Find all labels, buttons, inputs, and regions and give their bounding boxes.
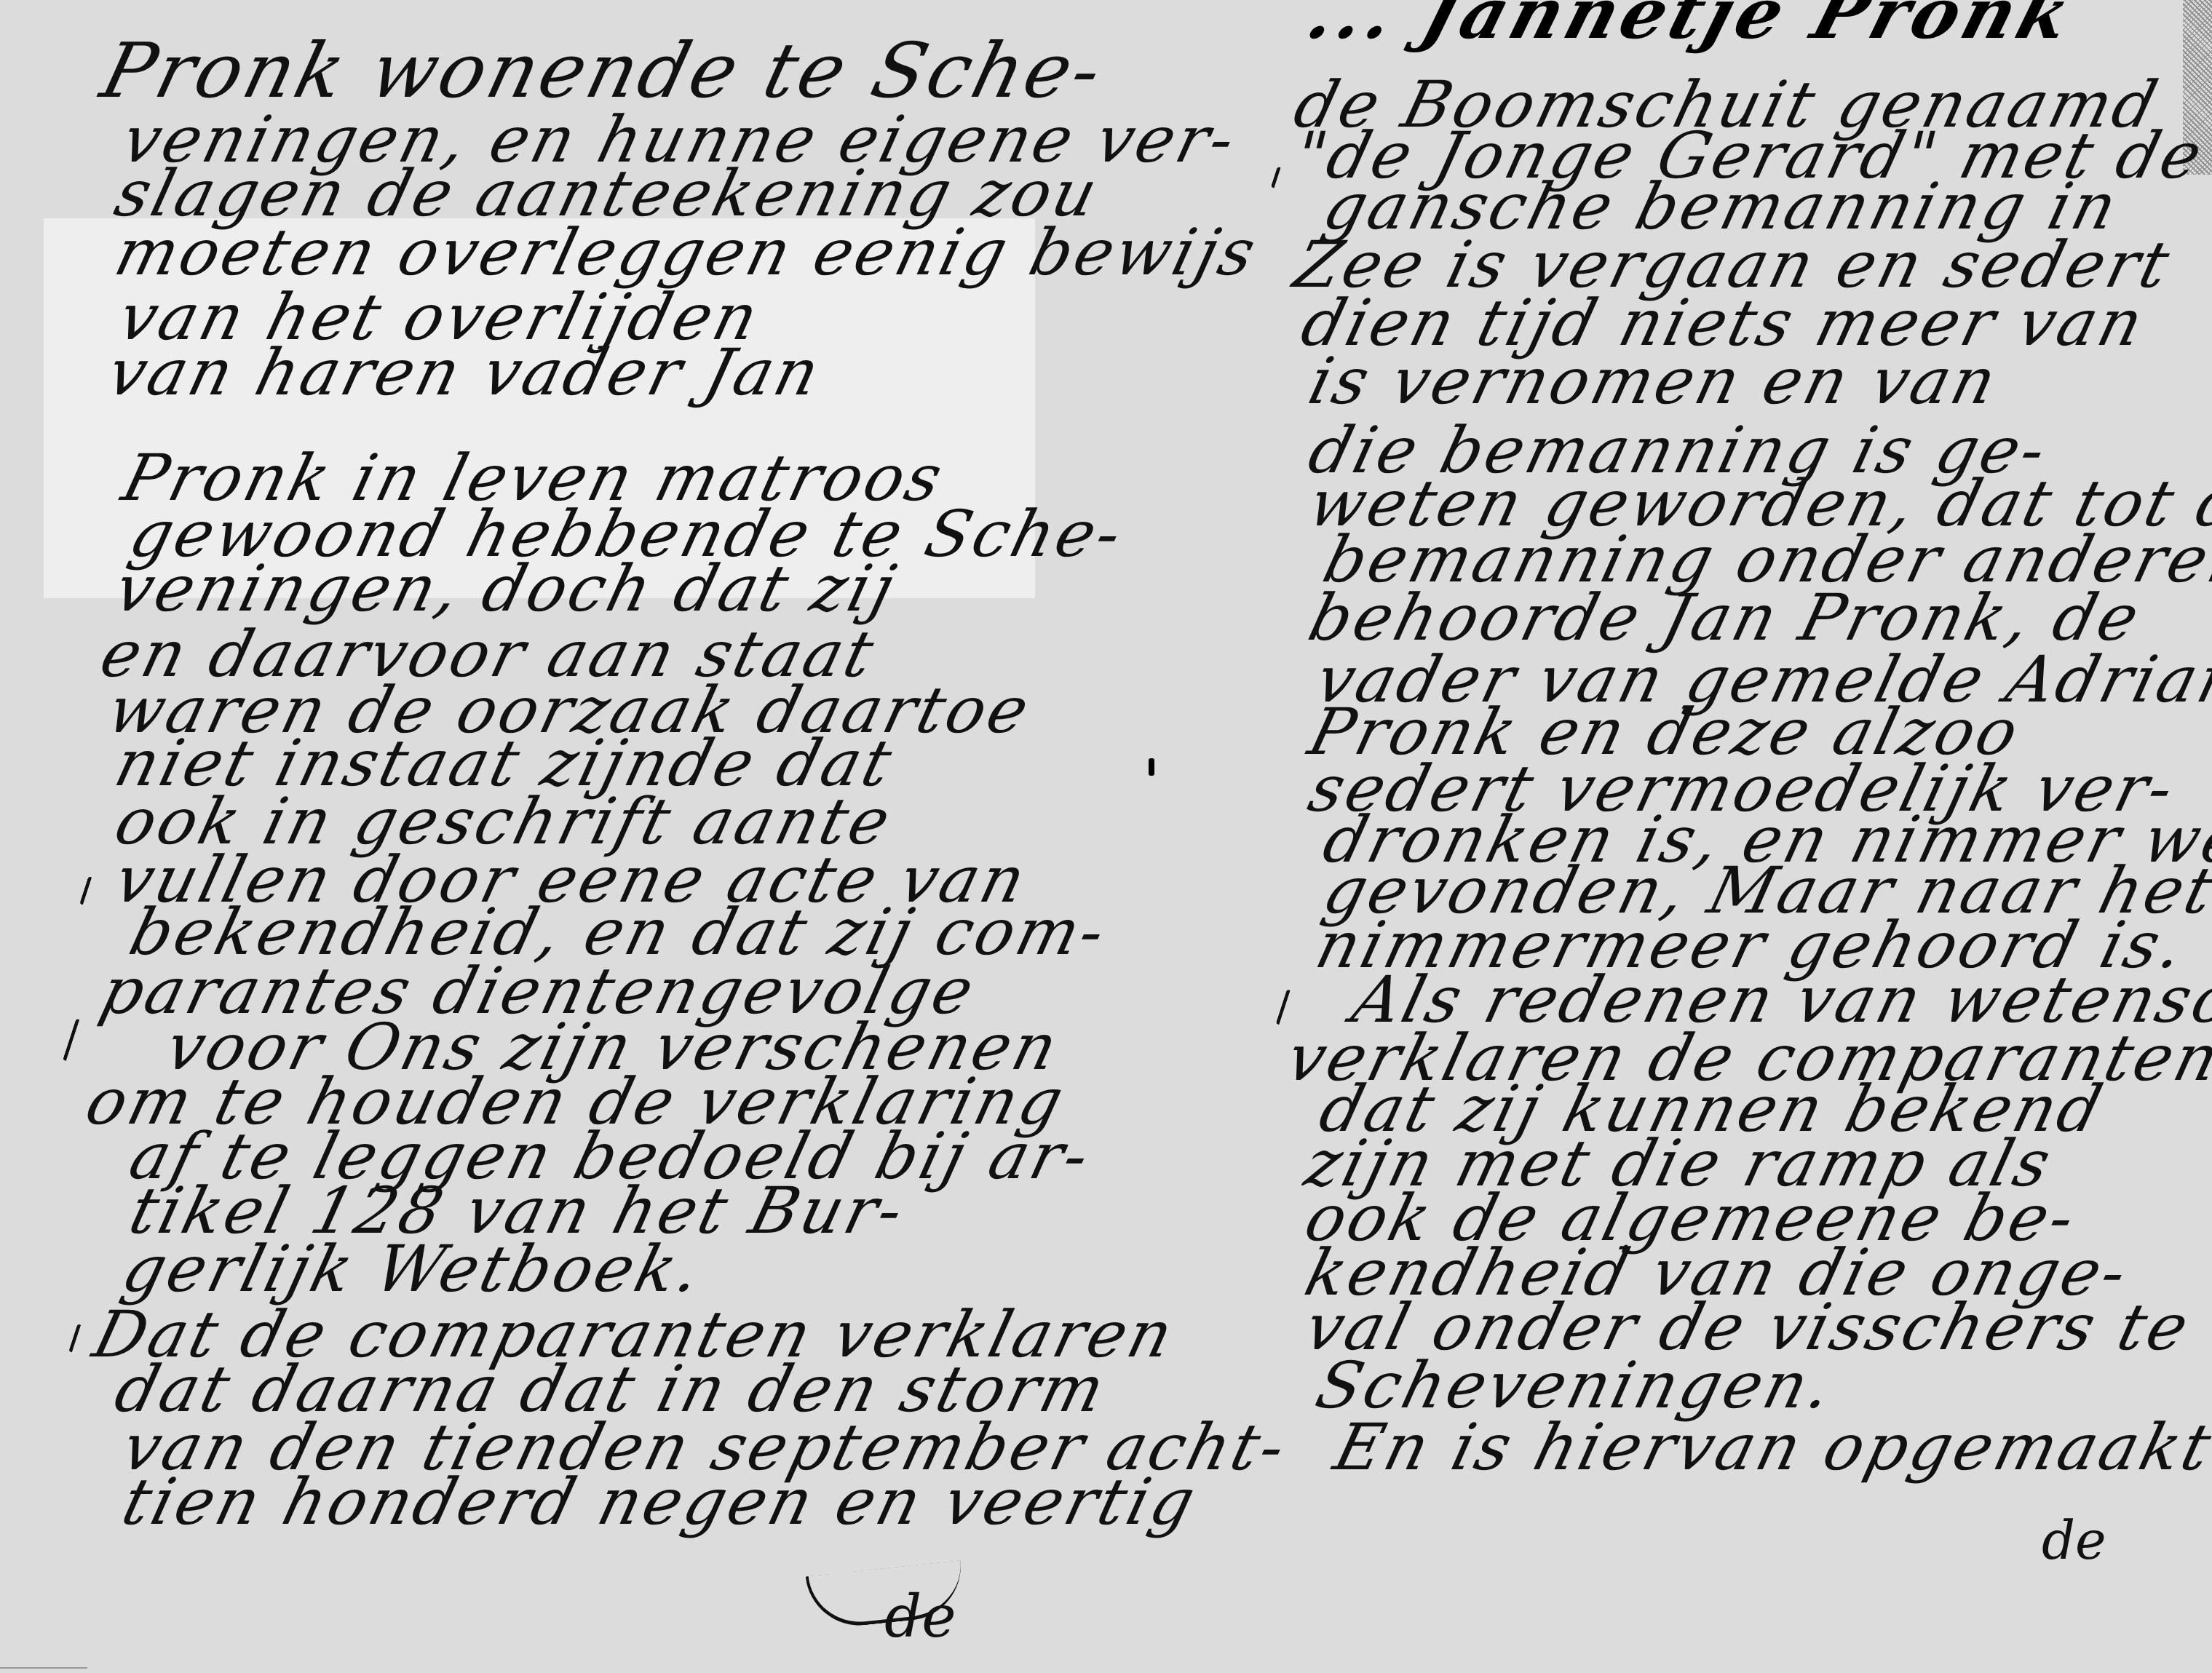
left-line-25: tien honderd negen en veertig <box>116 1470 1204 1534</box>
right-page: ... Jannetje Pronk de Boomschuit genaamd… <box>1092 0 2212 1673</box>
margin-tick <box>1276 989 1296 1027</box>
scan-edge-rule <box>0 1667 87 1669</box>
right-line-10: behoorde Jan Pronk, de <box>1303 586 2147 650</box>
right-line-6: is vernomen en van <box>1303 349 2005 413</box>
scanned-document: Pronk wonende te Sche- veningen, en hunn… <box>0 0 2212 1673</box>
left-line-6: van haren vader Jan <box>102 341 828 405</box>
catchword: de <box>2042 1510 2106 1571</box>
catchword: de <box>884 1583 956 1650</box>
margin-tick <box>68 1324 87 1354</box>
right-line-24: Scheveningen. <box>1310 1354 1841 1418</box>
left-line-4: moeten overleggen eenig bewijs <box>109 220 1264 285</box>
margin-tick <box>1271 167 1287 191</box>
margin-tick <box>63 1018 85 1062</box>
page-header: ... Jannetje Pronk <box>1299 0 2084 55</box>
margin-tick <box>79 876 98 907</box>
right-line-25: En is hiervan opgemaakt <box>1328 1415 2212 1479</box>
left-line-1: Pronk wonende te Sche- <box>95 33 1111 108</box>
left-line-21: gerlijk Wetboek. <box>116 1237 710 1301</box>
left-line-9: veningen, doch dat zij <box>109 557 903 621</box>
left-page: Pronk wonende te Sche- veningen, en hunn… <box>0 0 1092 1673</box>
